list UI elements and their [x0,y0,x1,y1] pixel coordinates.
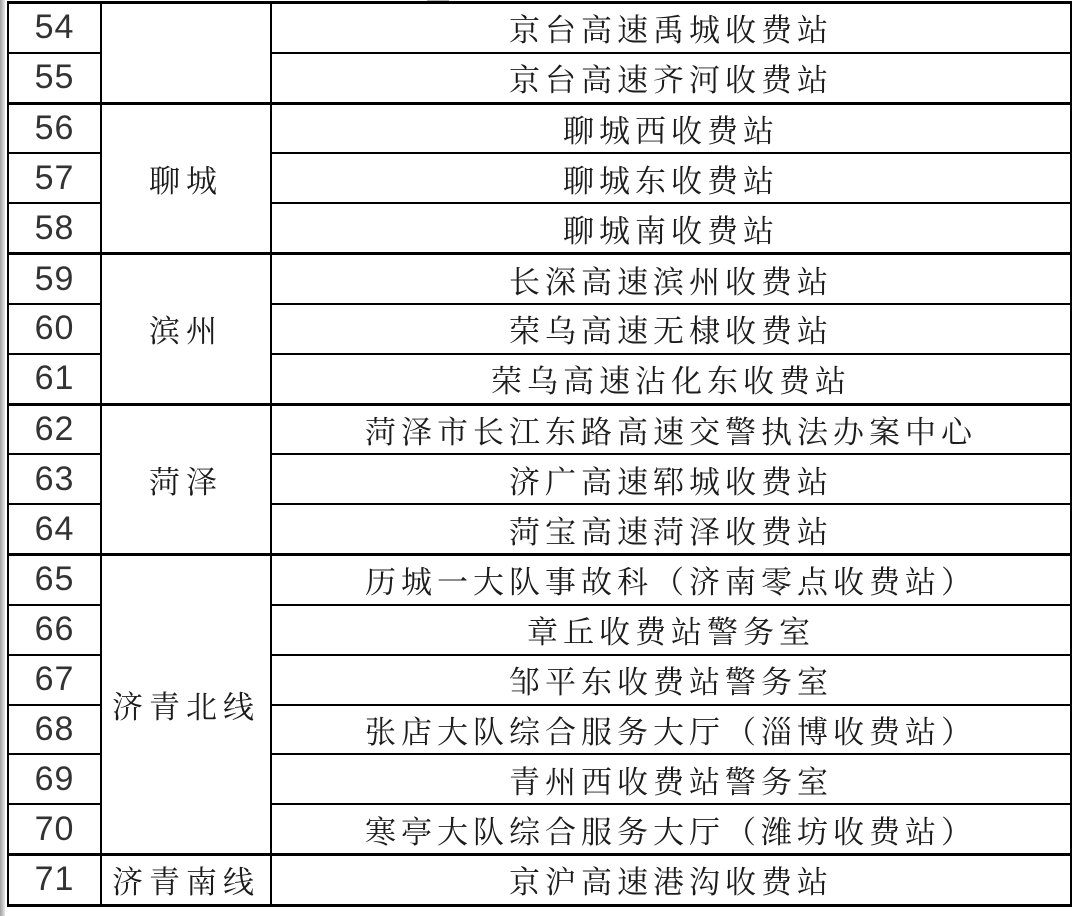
table-body: 54京台高速禹城收费站55京台高速齐河收费站56聊城聊城西收费站57聊城东收费站… [8,3,1071,906]
table-row: 62菏泽菏泽市长江东路高速交警执法办案中心 [8,404,1071,454]
region-cell [101,3,271,104]
table-row: 65济青北线历城一大队事故科（济南零点收费站） [8,555,1071,605]
region-cell: 滨州 [101,254,271,404]
station-cell: 京台高速禹城收费站 [271,3,1071,53]
station-cell: 京台高速齐河收费站 [271,53,1071,103]
table-row: 54京台高速禹城收费站 [8,3,1071,53]
station-cell: 章丘收费站警务室 [271,605,1071,655]
row-number-cell: 70 [8,804,101,854]
table-row: 56聊城聊城西收费站 [8,103,1071,153]
station-cell: 寒亭大队综合服务大厅（潍坊收费站） [271,804,1071,854]
station-cell: 聊城西收费站 [271,103,1071,153]
region-cell: 聊城 [101,103,271,253]
station-cell: 荣乌高速沾化东收费站 [271,354,1071,404]
row-number-cell: 65 [8,555,101,605]
station-cell: 青州西收费站警务室 [271,754,1071,804]
station-cell: 济广高速郓城收费站 [271,454,1071,504]
row-number-cell: 58 [8,203,101,253]
row-number-cell: 55 [8,53,101,103]
row-number-cell: 62 [8,404,101,454]
station-cell: 历城一大队事故科（济南零点收费站） [271,555,1071,605]
station-cell: 京沪高速港沟收费站 [271,854,1071,905]
table-row: 71济青南线京沪高速港沟收费站 [8,854,1071,905]
table-row: 59滨州长深高速滨州收费站 [8,254,1071,304]
row-number-cell: 71 [8,854,101,905]
station-cell: 邹平东收费站警务室 [271,655,1071,705]
row-number-cell: 68 [8,705,101,755]
row-number-cell: 63 [8,454,101,504]
station-cell: 聊城南收费站 [271,203,1071,253]
station-cell: 菏泽市长江东路高速交警执法办案中心 [271,404,1071,454]
station-cell: 长深高速滨州收费站 [271,254,1071,304]
row-number-cell: 56 [8,103,101,153]
station-cell: 聊城东收费站 [271,153,1071,203]
region-cell: 菏泽 [101,404,271,554]
toll-station-table: 54京台高速禹城收费站55京台高速齐河收费站56聊城聊城西收费站57聊城东收费站… [7,1,1072,907]
row-number-cell: 69 [8,754,101,804]
page-left-edge [0,0,5,916]
row-number-cell: 64 [8,504,101,554]
region-cell: 济青北线 [101,555,271,855]
row-number-cell: 59 [8,254,101,304]
region-cell: 济青南线 [101,854,271,905]
row-number-cell: 66 [8,605,101,655]
row-number-cell: 60 [8,304,101,354]
row-number-cell: 61 [8,354,101,404]
row-number-cell: 67 [8,655,101,705]
station-cell: 菏宝高速菏泽收费站 [271,504,1071,554]
row-number-cell: 54 [8,3,101,53]
station-cell: 荣乌高速无棣收费站 [271,304,1071,354]
row-number-cell: 57 [8,153,101,203]
station-cell: 张店大队综合服务大厅（淄博收费站） [271,705,1071,755]
